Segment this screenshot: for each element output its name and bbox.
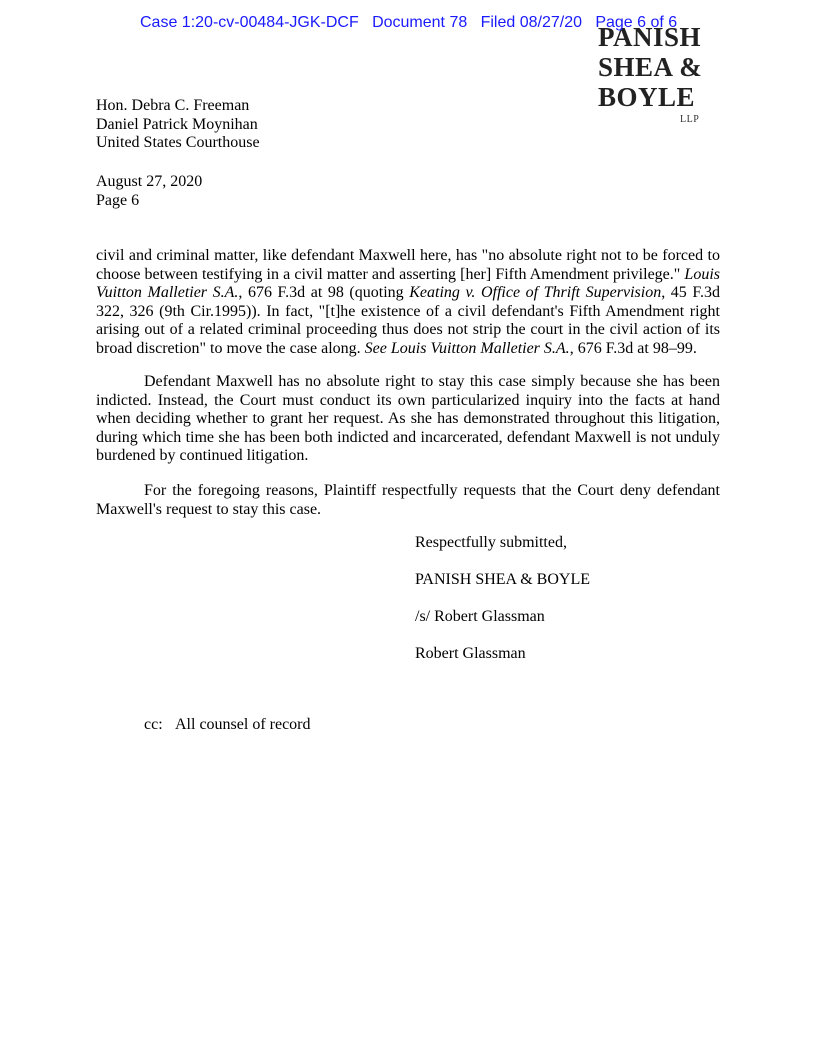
logo-llp: LLP xyxy=(680,114,699,125)
body-paragraph-2: Defendant Maxwell has no absolute right … xyxy=(96,373,720,466)
body-paragraph-1: civil and criminal matter, like defendan… xyxy=(96,247,720,358)
logo-line-2: SHEA & xyxy=(598,52,708,82)
page-number: Page 6 xyxy=(96,192,202,211)
cc-line: cc:All counsel of record xyxy=(144,716,311,734)
body-paragraph-3: For the foregoing reasons, Plaintiff res… xyxy=(96,482,720,519)
addressee-building: Daniel Patrick Moynihan xyxy=(96,116,260,135)
ecf-filing-header: Case 1:20-cv-00484-JGK-DCF Document 78 F… xyxy=(140,14,677,32)
date-block: August 27, 2020 Page 6 xyxy=(96,173,202,210)
firm-logo: PANISH SHEA & BOYLE LLP xyxy=(598,22,708,112)
signature-firm: PANISH SHEA & BOYLE xyxy=(415,571,590,589)
addressee-block: Hon. Debra C. Freeman Daniel Patrick Moy… xyxy=(96,97,260,153)
signature-esig: /s/ Robert Glassman xyxy=(415,608,545,626)
case-citation: See Louis Vuitton Malletier S.A. xyxy=(365,340,570,357)
case-citation: Keating v. Office of Thrift Supervision xyxy=(409,284,661,301)
text-run: , 676 F.3d at 98–99. xyxy=(570,340,697,357)
cc-recipients: All counsel of record xyxy=(175,716,311,733)
addressee-name: Hon. Debra C. Freeman xyxy=(96,97,260,116)
cc-label: cc: xyxy=(144,716,175,734)
letter-date: August 27, 2020 xyxy=(96,173,202,192)
signature-name: Robert Glassman xyxy=(415,645,526,663)
text-run: , 676 F.3d at 98 (quoting xyxy=(238,284,409,301)
text-run: civil and criminal matter, like defendan… xyxy=(96,247,720,283)
addressee-courthouse: United States Courthouse xyxy=(96,134,260,153)
logo-line-3: BOYLE xyxy=(598,82,708,112)
signature-closing: Respectfully submitted, xyxy=(415,534,567,552)
